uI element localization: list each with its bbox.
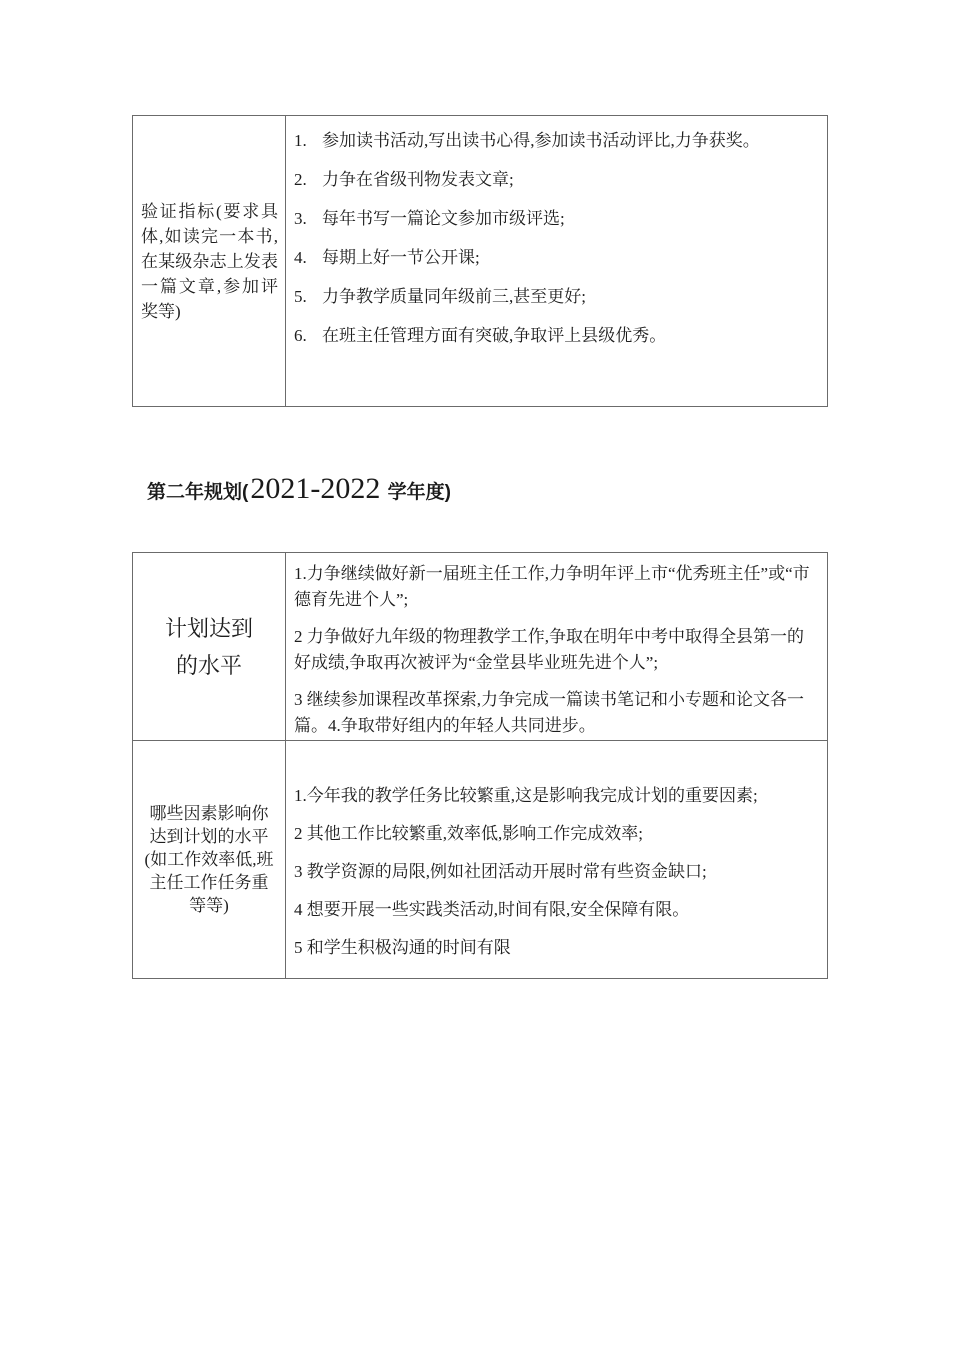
second-year-plan-table: 计划达到 的水平 1.力争继续做好新一届班主任工作,力争明年评上市“优秀班主任”… <box>132 552 828 979</box>
list-item-number: 3. <box>294 206 322 231</box>
section-heading-prefix: 第二年规划( <box>147 477 248 504</box>
list-item-text: 每期上好一节公开课; <box>322 245 813 270</box>
list-item-text: 每年书写一篇论文参加市级评选; <box>322 206 813 231</box>
factor-item: 4 想要开展一些实践类活动,时间有限,安全保障有限。 <box>294 897 813 922</box>
list-item: 2. 力争在省级刊物发表文章; <box>294 167 813 192</box>
plan-level-label-cell: 计划达到 的水平 <box>133 553 286 741</box>
factor-item: 2 其他工作比较繁重,效率低,影响工作完成效率; <box>294 821 813 846</box>
plan-paragraph: 1.力争继续做好新一届班主任工作,力争明年评上市“优秀班主任”或“市德育先进个人… <box>294 561 813 613</box>
list-item-number: 1. <box>294 128 322 153</box>
list-item-number: 4. <box>294 245 322 270</box>
list-item: 6. 在班主任管理方面有突破,争取评上县级优秀。 <box>294 323 813 348</box>
list-item: 1. 参加读书活动,写出读书心得,参加读书活动评比,力争获奖。 <box>294 128 813 153</box>
list-item: 4. 每期上好一节公开课; <box>294 245 813 270</box>
section-heading-years: 2021-2022 <box>248 472 382 506</box>
factor-item: 5 和学生积极沟通的时间有限 <box>294 935 813 960</box>
list-item-number: 6. <box>294 323 322 348</box>
plan-paragraph: 2 力争做好九年级的物理教学工作,争取在明年中考中取得全县第一的好成绩,争取再次… <box>294 624 813 676</box>
list-item: 5. 力争教学质量同年级前三,甚至更好; <box>294 284 813 309</box>
factors-label-cell: 哪些因素影响你达到计划的水平(如工作效率低,班主任工作任务重等等) <box>133 741 286 978</box>
factor-item: 1.今年我的教学任务比较繁重,这是影响我完成计划的重要因素; <box>294 783 813 808</box>
factors-content-cell: 1.今年我的教学任务比较繁重,这是影响我完成计划的重要因素; 2 其他工作比较繁… <box>286 741 827 978</box>
factor-item: 3 教学资源的局限,例如社团活动开展时常有些资金缺口; <box>294 859 813 884</box>
factors-label: 哪些因素影响你达到计划的水平(如工作效率低,班主任工作任务重等等) <box>142 802 276 917</box>
list-item-text: 力争在省级刊物发表文章; <box>322 167 813 192</box>
plan-level-label-line1: 计划达到 <box>165 610 253 647</box>
list-item-text: 力争教学质量同年级前三,甚至更好; <box>322 284 813 309</box>
list-item-number: 2. <box>294 167 322 192</box>
list-item-text: 在班主任管理方面有突破,争取评上县级优秀。 <box>322 323 813 348</box>
verification-items-cell: 1. 参加读书活动,写出读书心得,参加读书活动评比,力争获奖。 2. 力争在省级… <box>286 116 827 406</box>
document-page: 验证指标(要求具体,如读完一本书,在某级杂志上发表一篇文章,参加评奖等) 1. … <box>0 0 960 1357</box>
verification-indicators-table: 验证指标(要求具体,如读完一本书,在某级杂志上发表一篇文章,参加评奖等) 1. … <box>132 115 828 407</box>
plan-level-label-line2: 的水平 <box>176 647 242 684</box>
list-item-text: 参加读书活动,写出读书心得,参加读书活动评比,力争获奖。 <box>322 128 813 153</box>
list-item-number: 5. <box>294 284 322 309</box>
verification-label-cell: 验证指标(要求具体,如读完一本书,在某级杂志上发表一篇文章,参加评奖等) <box>133 116 286 406</box>
plan-level-content-cell: 1.力争继续做好新一届班主任工作,力争明年评上市“优秀班主任”或“市德育先进个人… <box>286 553 827 741</box>
plan-paragraph: 3 继续参加课程改革探索,力争完成一篇读书笔记和小专题和论文各一篇。4.争取带好… <box>294 687 813 739</box>
section-heading-suffix: 学年度) <box>382 477 451 504</box>
section-heading: 第二年规划(2021-2022 学年度) <box>147 472 451 506</box>
verification-label: 验证指标(要求具体,如读完一本书,在某级杂志上发表一篇文章,参加评奖等) <box>141 199 278 324</box>
list-item: 3. 每年书写一篇论文参加市级评选; <box>294 206 813 231</box>
